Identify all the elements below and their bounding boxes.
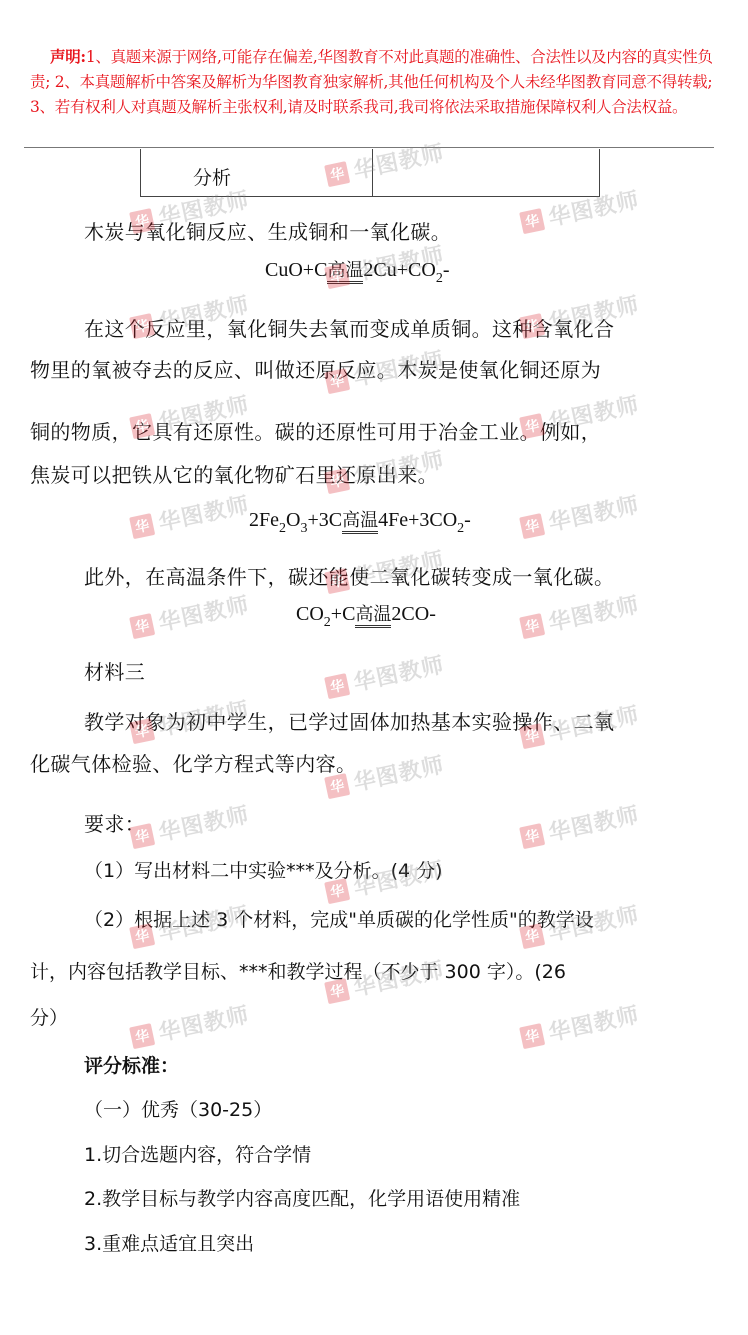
table-cell-value — [373, 149, 599, 196]
watermark: 华华图教师 — [518, 798, 642, 853]
watermark-logo-icon: 华 — [129, 613, 155, 639]
watermark-logo-icon: 华 — [129, 1023, 155, 1049]
watermark-logo-icon: 华 — [129, 513, 155, 539]
watermark: 华华图教师 — [128, 998, 252, 1053]
material-3-title: 材料三 — [84, 660, 145, 684]
watermark: 华华图教师 — [128, 798, 252, 853]
criteria-item-1: 1.切合选题内容，符合学情 — [84, 1143, 311, 1167]
watermark-logo-icon: 华 — [519, 823, 545, 849]
criteria-item-3: 3.重难点适宜且突出 — [84, 1232, 254, 1256]
divider — [24, 147, 714, 148]
paragraph-2-line-4: 焦炭可以把铁从它的氧化物矿石里还原出来。 — [30, 463, 438, 487]
requirement-2-line-3: 分） — [30, 1006, 68, 1030]
watermark: 华华图教师 — [128, 588, 252, 643]
watermark-logo-icon: 华 — [519, 208, 545, 234]
requirement-2-line-2: 计，内容包括教学目标、***和教学过程（不少于 300 字）。(26 — [30, 960, 566, 984]
table-cell-label: 分析 — [141, 149, 373, 196]
disclaimer-text: 1、真题来源于网络,可能存在偏差,华图教育不对此真题的准确性、合法性以及内容的真… — [30, 48, 713, 116]
watermark-logo-icon: 华 — [324, 673, 350, 699]
equation-1: CuO+C高温2Cu+CO2- — [265, 258, 449, 284]
material-3-line-1: 教学对象为初中学生，已学过固体加热基本实验操作、二氧 — [84, 710, 614, 734]
disclaimer-notice: 声明:1、真题来源于网络,可能存在偏差,华图教育不对此真题的准确性、合法性以及内… — [30, 44, 720, 120]
criteria-item-2: 2.教学目标与教学内容高度匹配，化学用语使用精准 — [84, 1187, 520, 1211]
paragraph-2-line-2: 物里的氧被夺去的反应、叫做还原反应。木炭是使氧化铜还原为 — [30, 358, 601, 382]
criteria-level: （一）优秀（30-25） — [84, 1098, 272, 1122]
paragraph-2-line-1: 在这个反应里，氧化铜失去氧而变成单质铜。这种含氧化合 — [84, 317, 614, 341]
material-3-line-2: 化碳气体检验、化学方程式等内容。 — [30, 752, 356, 776]
watermark: 华华图教师 — [518, 998, 642, 1053]
analysis-table: 分析 — [140, 149, 600, 197]
paragraph-3: 此外，在高温条件下，碳还能使二氧化碳转变成一氧化碳。 — [84, 565, 614, 589]
watermark-logo-icon: 华 — [324, 773, 350, 799]
paragraph-2-line-3: 铜的物质，它具有还原性。碳的还原性可用于冶金工业。例如， — [30, 420, 601, 444]
equation-2: 2Fe2O3+3C高温4Fe+3CO2- — [249, 508, 471, 534]
equation-3: CO2+C高温2CO- — [296, 602, 436, 628]
watermark: 华华图教师 — [518, 488, 642, 543]
watermark-logo-icon: 华 — [519, 1023, 545, 1049]
disclaimer-label: 声明: — [50, 47, 86, 66]
requirement-2-line-1: （2）根据上述 3 个材料，完成"单质碳的化学性质"的教学设 — [84, 908, 594, 932]
paragraph-1: 木炭与氧化铜反应、生成铜和一氧化碳。 — [84, 220, 451, 244]
watermark-logo-icon: 华 — [519, 513, 545, 539]
criteria-title: 评分标准： — [84, 1054, 179, 1078]
watermark: 华华图教师 — [518, 588, 642, 643]
requirement-1: （1）写出材料二中实验***及分析。(4 分) — [84, 859, 443, 883]
watermark: 华华图教师 — [128, 488, 252, 543]
watermark-logo-icon: 华 — [519, 613, 545, 639]
watermark: 华华图教师 — [323, 648, 447, 703]
requirements-title: 要求： — [84, 812, 145, 836]
